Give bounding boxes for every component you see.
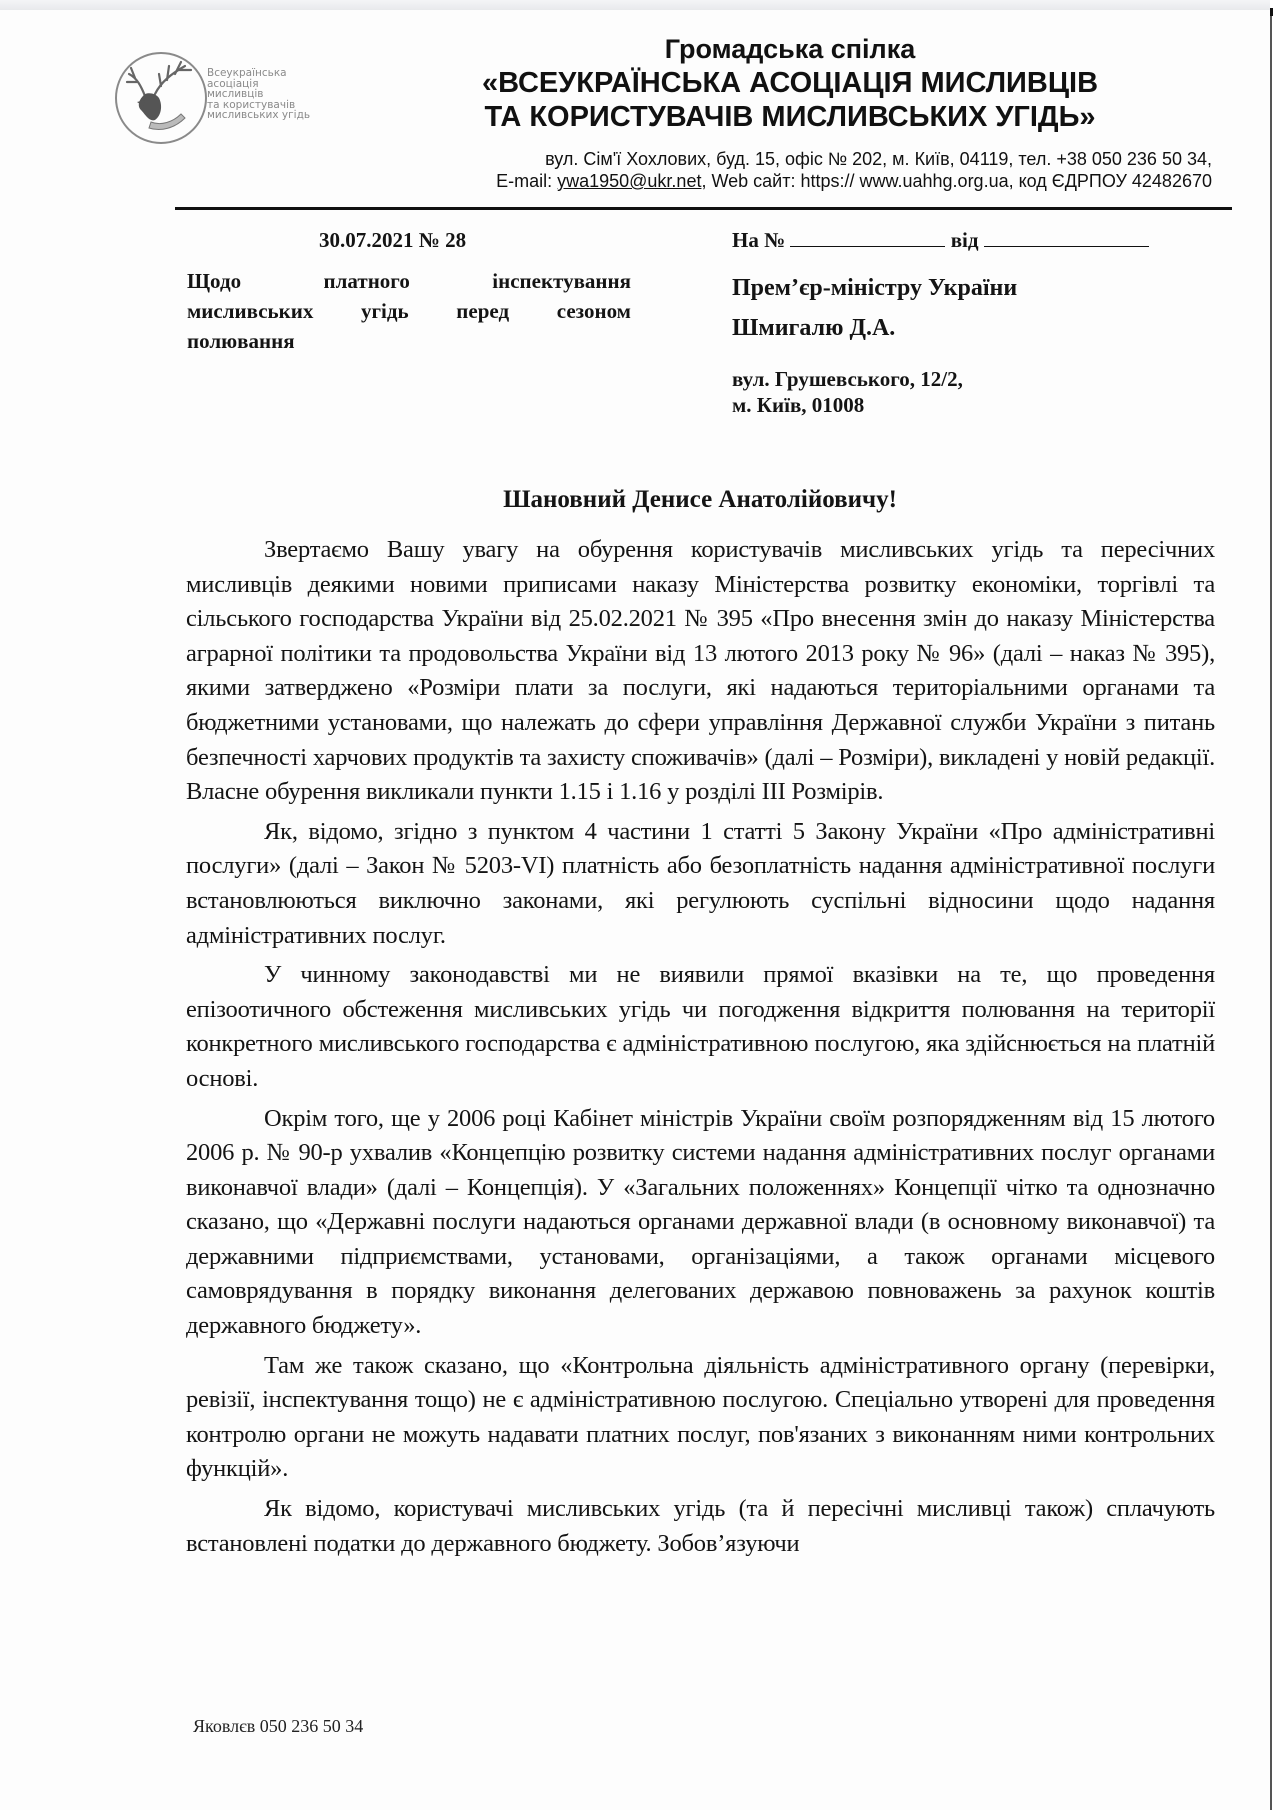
- executor-contact: Яковлєв 050 236 50 34: [193, 1716, 363, 1737]
- scan-edge-mark: [1270, 8, 1273, 16]
- logo-caption: Всеукраїнська асоціація мисливців та кор…: [207, 68, 310, 121]
- subject-line2: мисливських угідь перед сезоном: [187, 296, 631, 326]
- org-name-line1: «ВСЕУКРАЇНСЬКА АСОЦІАЦІЯ МИСЛИВЦІВ: [420, 66, 1160, 100]
- paragraph: У чинному законодавстві ми не виявили пр…: [186, 958, 1215, 1096]
- document-page: Всеукраїнська асоціація мисливців та кор…: [0, 0, 1270, 1810]
- association-logo: Всеукраїнська асоціація мисливців та кор…: [115, 50, 325, 145]
- web-and-code: , Web сайт: https:// www.uahhg.org.ua, к…: [701, 171, 1212, 191]
- email-link[interactable]: ywa1950@ukr.net: [557, 171, 701, 191]
- org-email-web: E-mail: ywa1950@ukr.net, Web сайт: https…: [300, 170, 1212, 192]
- ref-number-blank: [790, 230, 945, 247]
- subject-line1: Щодо платного інспектування: [187, 266, 631, 296]
- ref-prefix: На №: [732, 228, 785, 252]
- paragraph: Звертаємо Вашу увагу на обурення користу…: [186, 533, 1215, 810]
- salutation: Шановний Денисе Анатолійовичу!: [170, 486, 1230, 514]
- letterhead-divider: [175, 207, 1232, 210]
- org-contact: вул. Сім'ї Хохлових, буд. 15, офіс № 202…: [300, 148, 1212, 192]
- recipient: Прем’єр-міністру України Шмигалю Д.А.: [732, 268, 1017, 348]
- letter-body: Звертаємо Вашу увагу на обурення користу…: [186, 533, 1215, 1566]
- recipient-street: вул. Грушевського, 12/2,: [732, 366, 963, 392]
- org-name: «ВСЕУКРАЇНСЬКА АСОЦІАЦІЯ МИСЛИВЦІВ ТА КО…: [420, 66, 1160, 134]
- subject-line3: полювання: [187, 326, 631, 356]
- ref-from: від: [951, 228, 979, 252]
- paragraph: Як, відомо, згідно з пунктом 4 частини 1…: [186, 815, 1215, 953]
- paragraph: Як відомо, користувачі мисливських угідь…: [186, 1492, 1215, 1561]
- recipient-city: м. Київ, 01008: [732, 392, 963, 418]
- ref-date-blank: [984, 230, 1149, 247]
- org-address: вул. Сім'ї Хохлових, буд. 15, офіс № 202…: [300, 148, 1212, 170]
- scan-edge-top: [0, 0, 1270, 10]
- deer-icon: [115, 52, 203, 140]
- org-type: Громадська спілка: [600, 34, 980, 65]
- recipient-title: Прем’єр-міністру України: [732, 268, 1017, 308]
- logo-circle: [115, 52, 207, 144]
- scan-edge-right: [1270, 8, 1280, 1810]
- org-name-line2: ТА КОРИСТУВАЧІВ МИСЛИВСЬКИХ УГІДЬ»: [420, 100, 1160, 134]
- recipient-name: Шмигалю Д.А.: [732, 308, 1017, 348]
- date-number: 30.07.2021 № 28: [319, 228, 466, 253]
- paragraph: Там же також сказано, що «Контрольна дія…: [186, 1349, 1215, 1487]
- paragraph: Окрім того, ще у 2006 році Кабінет мініс…: [186, 1102, 1215, 1344]
- recipient-address: вул. Грушевського, 12/2, м. Київ, 01008: [732, 366, 963, 418]
- subject: Щодо платного інспектування мисливських …: [187, 266, 631, 356]
- reference-line: На № від: [732, 228, 1149, 253]
- email-label: E-mail:: [496, 171, 557, 191]
